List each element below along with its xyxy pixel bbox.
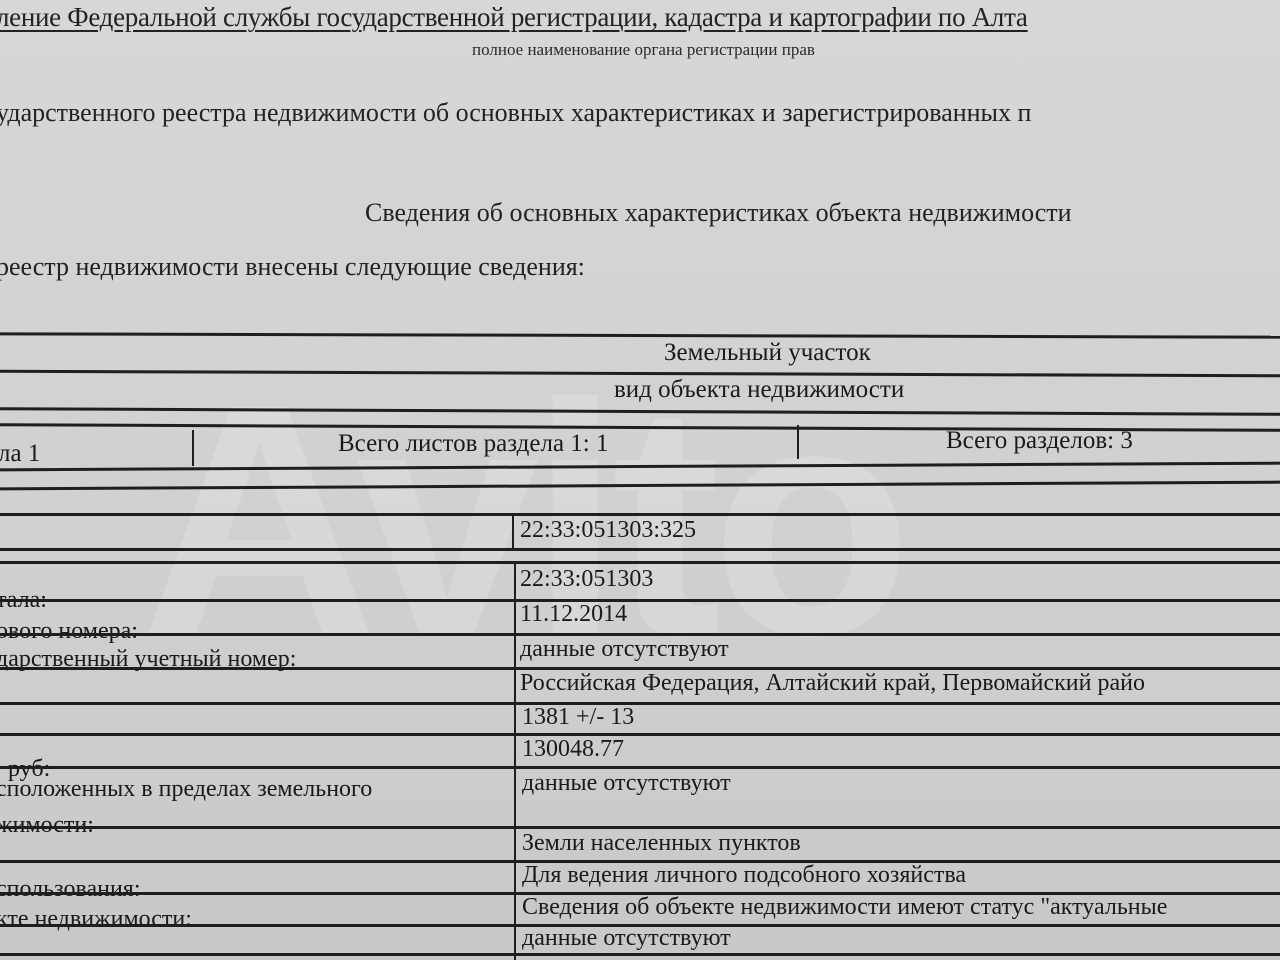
section-title: Сведения об основных характеристиках объ…: [365, 198, 1072, 228]
table-border: [0, 733, 1280, 736]
quarter-number: 22:33:051303: [520, 566, 653, 593]
table-border: [0, 561, 1280, 564]
assignment-date-label: ового номера:: [0, 618, 138, 645]
table-border: [0, 702, 1280, 705]
previous-number: данные отсутствуют: [520, 636, 729, 663]
land-category: Земли населенных пунктов: [522, 830, 801, 857]
object-type: Земельный участок: [664, 339, 871, 367]
table-border: [0, 481, 1280, 491]
special-notes: данные отсутствуют: [522, 925, 731, 952]
permitted-use-label: спользования:: [0, 876, 141, 903]
object-status-label: кте недвижимости:: [0, 906, 192, 933]
registration-authority-name: ление Федеральной службы государственной…: [0, 2, 1028, 33]
table-border: [0, 513, 1280, 516]
buildings-within: данные отсутствуют: [522, 770, 731, 797]
buildings-within-label: сположенных в пределах земельного: [0, 776, 372, 803]
total-sections: Всего разделов: 3: [946, 427, 1133, 455]
column-divider: [512, 513, 514, 549]
table-border: [0, 599, 1280, 602]
table-border: [0, 332, 1280, 338]
table-border: [0, 826, 1280, 829]
sheet-number: ла 1: [0, 440, 40, 468]
table-border: [0, 953, 1280, 956]
extract-title: ударственного реестра недвижимости об ос…: [0, 98, 1031, 128]
permitted-use: Для ведения личного подсобного хозяйства: [522, 862, 966, 889]
intro-text: реестр недвижимости внесены следующие св…: [0, 252, 585, 282]
registration-authority-caption: полное наименование органа регистрации п…: [472, 40, 815, 60]
cadastral-value: 130048.77: [522, 736, 624, 763]
column-divider: [514, 561, 516, 960]
cadastral-number: 22:33:051303:325: [520, 517, 696, 544]
address: Российская Федерация, Алтайский край, Пе…: [520, 670, 1145, 697]
cell-divider: [797, 425, 799, 459]
object-status: Сведения об объекте недвижимости имеют с…: [522, 894, 1167, 921]
table-border: [0, 407, 1280, 416]
table-border: [0, 766, 1280, 769]
cell-divider: [192, 430, 194, 466]
object-type-caption: вид объекта недвижимости: [614, 376, 904, 404]
area: 1381 +/- 13: [522, 704, 634, 731]
sheets-in-section: Всего листов раздела 1: 1: [338, 430, 609, 458]
table-border: [0, 548, 1280, 551]
assignment-date: 11.12.2014: [520, 601, 627, 628]
